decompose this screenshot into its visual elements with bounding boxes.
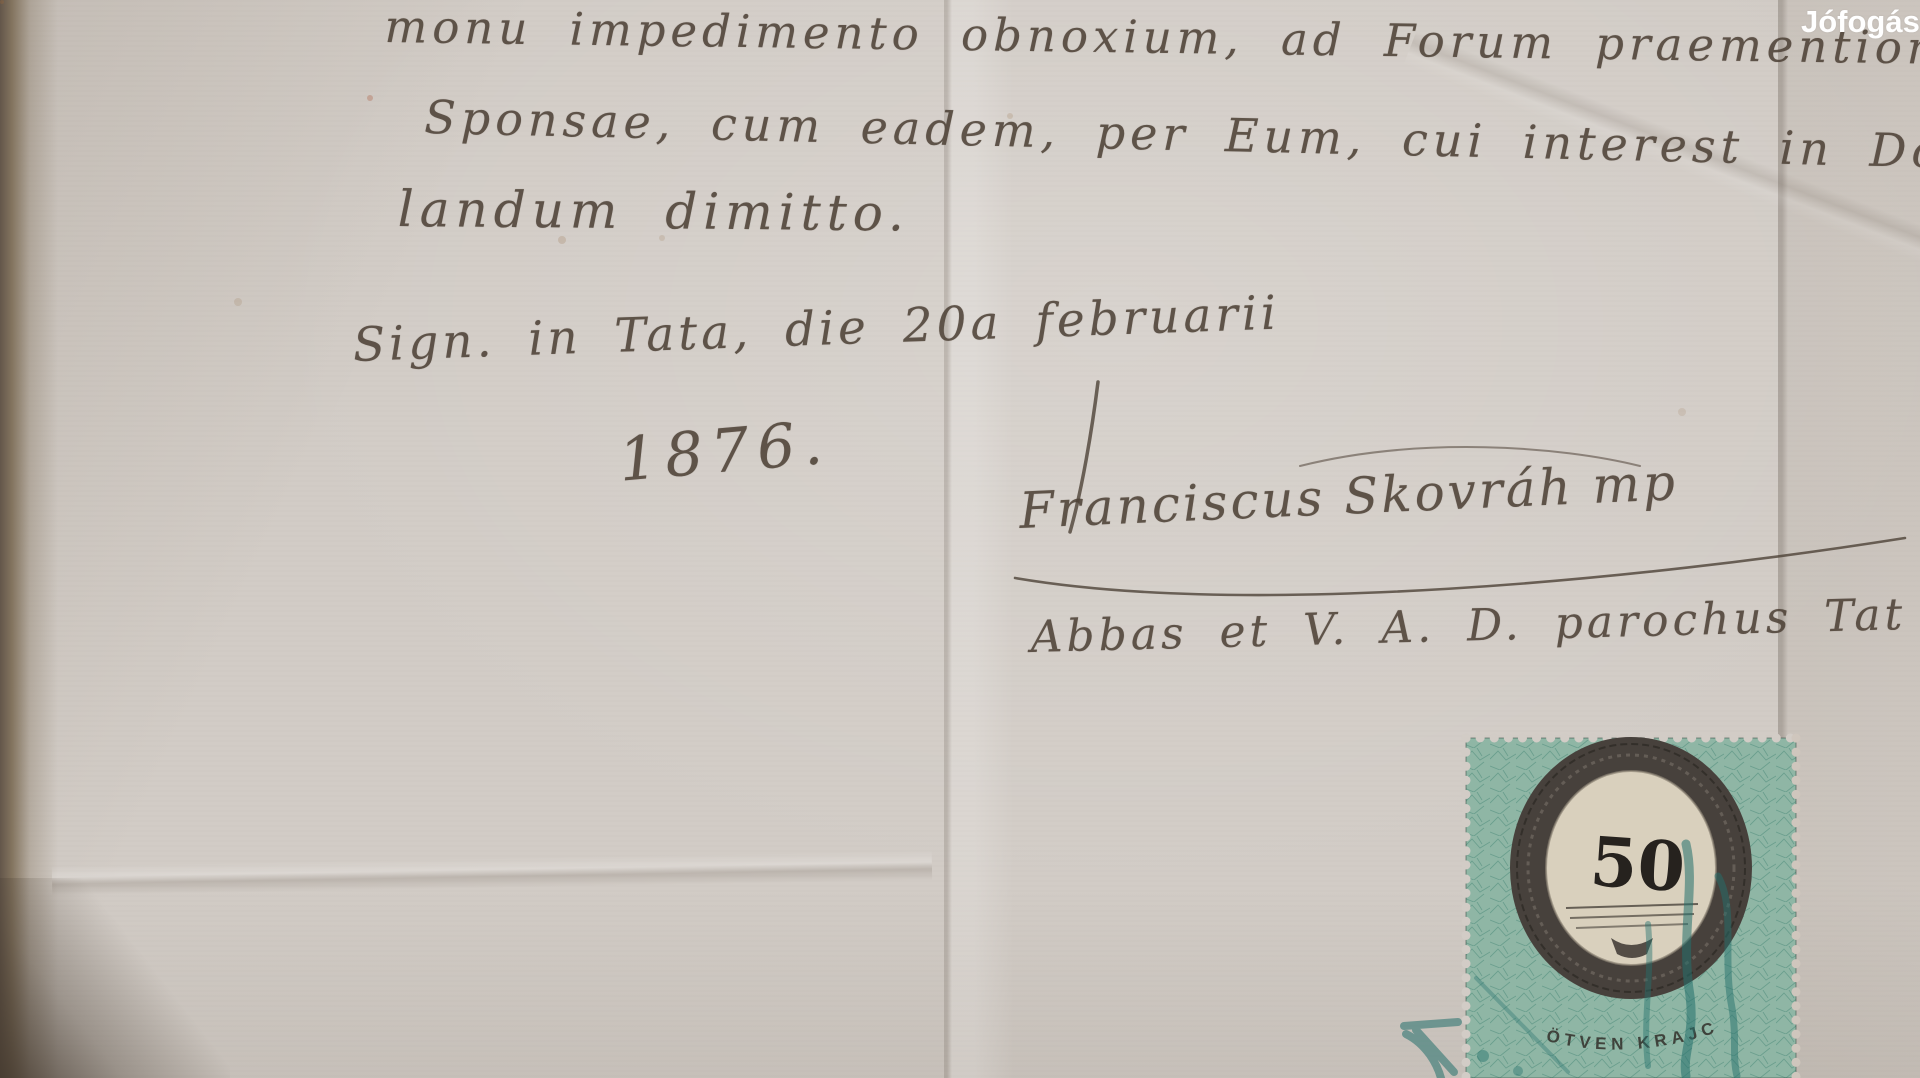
signature-title-line: Abbas et V. A. D. parochus Tat [1030, 589, 1907, 663]
signature-text: Franciscus Skovráh mp [1018, 453, 1679, 540]
handwritten-line-2: Sponsae, cum eadem, per Eum, cui interes… [424, 90, 1920, 184]
paper-corner-shadow [0, 878, 230, 1078]
handwritten-line-1: monu impedimento obnoxium, ad Forum prae… [384, 0, 1920, 77]
stamp-value: 50 [1588, 822, 1688, 908]
handwritten-date-line: Sign. in Tata, die 20a februarii [352, 286, 1281, 373]
paper-foxing-spots [0, 0, 4, 4]
handwritten-year: 1876. [616, 408, 833, 496]
document-photo: { "photo": { "watermark": "Jófogás", "do… [0, 0, 1920, 1078]
site-watermark: Jófogás [1801, 4, 1920, 40]
paper-fold-vertical-center [944, 0, 1014, 1078]
handwritten-line-3: landum dimitto. [397, 180, 910, 242]
revenue-stamp: 50 ÖTVEN KRAJC [1386, 726, 1920, 1078]
